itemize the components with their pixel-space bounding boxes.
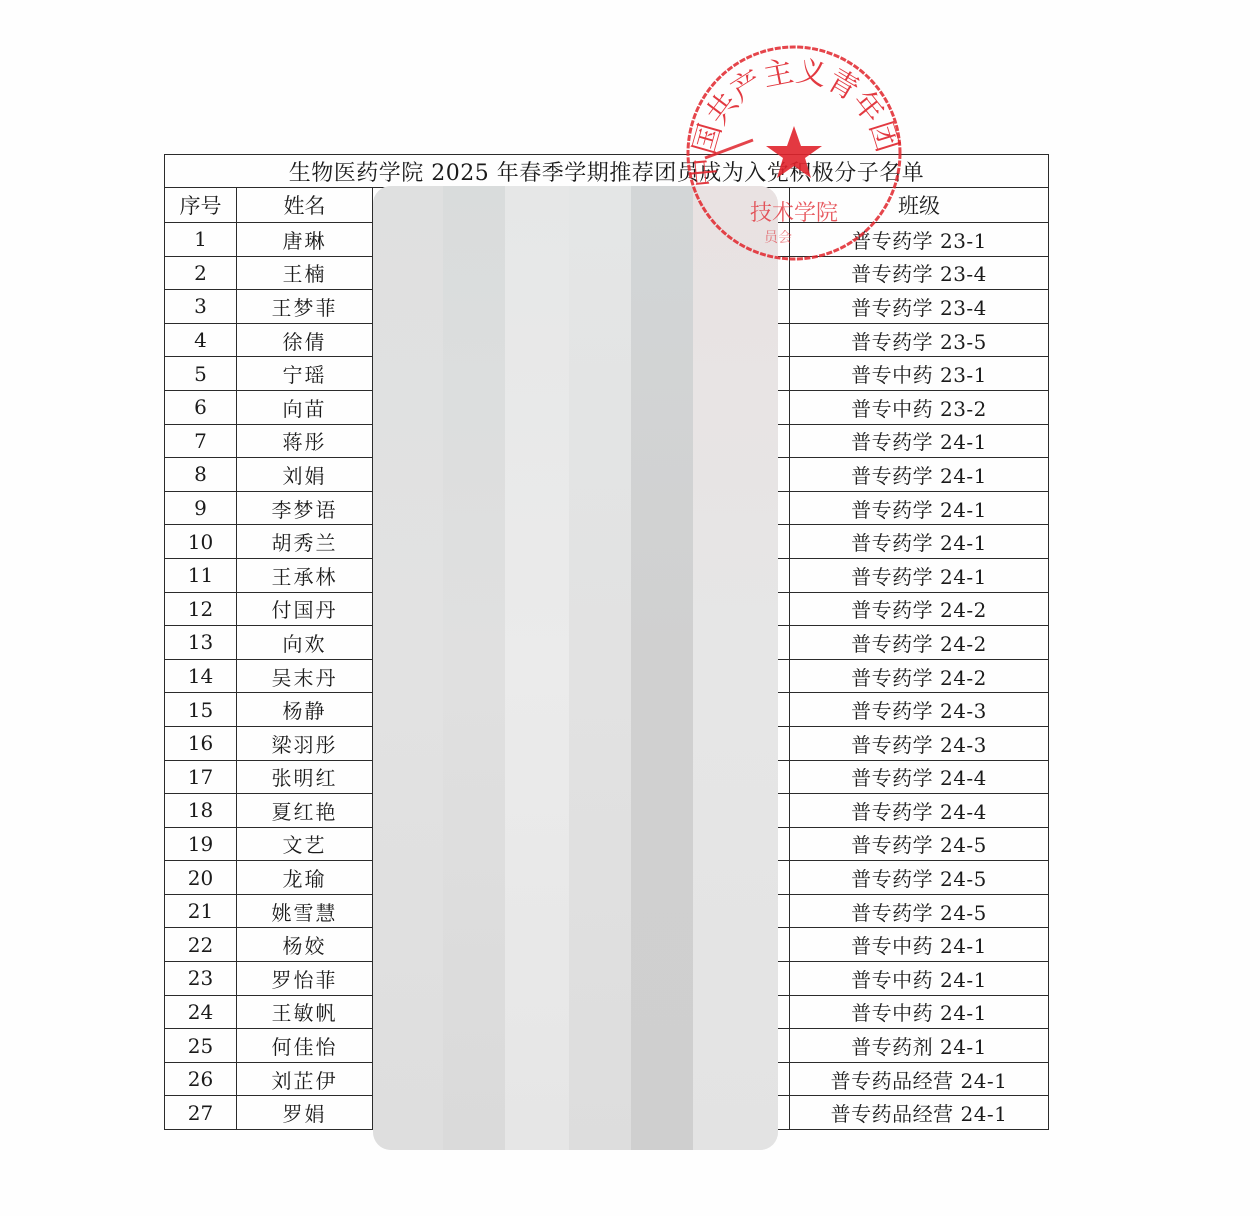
- row-class: 普专药学 24-1: [790, 458, 1049, 492]
- row-name: 唐琳: [237, 223, 373, 257]
- document-title: 生物医药学院 2025 年春季学期推荐团员成为入党积极分子名单: [165, 155, 1049, 188]
- row-index: 27: [165, 1096, 237, 1130]
- row-index: 13: [165, 626, 237, 660]
- row-class: 普专药学 24-4: [790, 794, 1049, 828]
- row-index: 12: [165, 592, 237, 626]
- row-name: 刘芷伊: [237, 1062, 373, 1096]
- row-class: 普专中药 24-1: [790, 995, 1049, 1029]
- row-index: 5: [165, 357, 237, 391]
- row-name: 龙瑜: [237, 861, 373, 895]
- row-index: 7: [165, 424, 237, 458]
- row-name: 夏红艳: [237, 794, 373, 828]
- row-index: 8: [165, 458, 237, 492]
- row-name: 杨静: [237, 693, 373, 727]
- row-index: 9: [165, 491, 237, 525]
- row-class: 普专药品经营 24-1: [790, 1062, 1049, 1096]
- row-index: 4: [165, 323, 237, 357]
- row-index: 18: [165, 794, 237, 828]
- row-class: 普专药剂 24-1: [790, 1029, 1049, 1063]
- row-class: 普专药学 24-5: [790, 894, 1049, 928]
- row-index: 16: [165, 726, 237, 760]
- row-index: 11: [165, 558, 237, 592]
- row-index: 21: [165, 894, 237, 928]
- row-index: 1: [165, 223, 237, 257]
- row-class: 普专中药 24-1: [790, 962, 1049, 996]
- row-class: 普专药学 24-1: [790, 491, 1049, 525]
- header-name: 姓名: [237, 188, 373, 223]
- title-row: 生物医药学院 2025 年春季学期推荐团员成为入党积极分子名单: [165, 155, 1049, 188]
- row-index: 20: [165, 861, 237, 895]
- row-name: 李梦语: [237, 491, 373, 525]
- header-class: 班级: [790, 188, 1049, 223]
- row-name: 吴末丹: [237, 659, 373, 693]
- row-index: 26: [165, 1062, 237, 1096]
- privacy-mosaic-blur: [373, 186, 778, 1150]
- row-index: 10: [165, 525, 237, 559]
- row-name: 徐倩: [237, 323, 373, 357]
- row-class: 普专中药 23-2: [790, 390, 1049, 424]
- row-class: 普专药学 23-4: [790, 290, 1049, 324]
- row-name: 文艺: [237, 827, 373, 861]
- row-name: 刘娟: [237, 458, 373, 492]
- row-class: 普专药学 24-3: [790, 726, 1049, 760]
- row-class: 普专药学 24-1: [790, 525, 1049, 559]
- row-name: 向欢: [237, 626, 373, 660]
- row-name: 王楠: [237, 256, 373, 290]
- row-name: 蒋彤: [237, 424, 373, 458]
- row-class: 普专药学 24-5: [790, 827, 1049, 861]
- row-name: 王敏帆: [237, 995, 373, 1029]
- row-name: 罗娟: [237, 1096, 373, 1130]
- row-name: 梁羽彤: [237, 726, 373, 760]
- row-class: 普专药学 24-4: [790, 760, 1049, 794]
- row-index: 19: [165, 827, 237, 861]
- row-name: 胡秀兰: [237, 525, 373, 559]
- row-name: 姚雪慧: [237, 894, 373, 928]
- row-class: 普专药学 24-2: [790, 626, 1049, 660]
- row-index: 23: [165, 962, 237, 996]
- row-name: 何佳怡: [237, 1029, 373, 1063]
- row-index: 24: [165, 995, 237, 1029]
- row-class: 普专药学 23-4: [790, 256, 1049, 290]
- row-name: 付国丹: [237, 592, 373, 626]
- row-class: 普专药学 24-3: [790, 693, 1049, 727]
- row-name: 杨姣: [237, 928, 373, 962]
- row-name: 张明红: [237, 760, 373, 794]
- row-class: 普专药学 23-1: [790, 223, 1049, 257]
- row-index: 6: [165, 390, 237, 424]
- row-name: 向苗: [237, 390, 373, 424]
- row-class: 普专药品经营 24-1: [790, 1096, 1049, 1130]
- row-index: 25: [165, 1029, 237, 1063]
- row-class: 普专药学 24-5: [790, 861, 1049, 895]
- row-index: 17: [165, 760, 237, 794]
- row-class: 普专药学 24-1: [790, 424, 1049, 458]
- row-class: 普专药学 24-2: [790, 659, 1049, 693]
- row-index: 14: [165, 659, 237, 693]
- row-class: 普专中药 24-1: [790, 928, 1049, 962]
- row-name: 罗怡菲: [237, 962, 373, 996]
- row-index: 22: [165, 928, 237, 962]
- header-index: 序号: [165, 188, 237, 223]
- row-index: 3: [165, 290, 237, 324]
- row-index: 2: [165, 256, 237, 290]
- row-name: 王承林: [237, 558, 373, 592]
- row-class: 普专药学 23-5: [790, 323, 1049, 357]
- scanned-page: 生物医药学院 2025 年春季学期推荐团员成为入党积极分子名单 序号 姓名 班级…: [0, 0, 1260, 1216]
- row-class: 普专药学 24-1: [790, 558, 1049, 592]
- row-class: 普专中药 23-1: [790, 357, 1049, 391]
- row-class: 普专药学 24-2: [790, 592, 1049, 626]
- row-name: 宁瑶: [237, 357, 373, 391]
- row-name: 王梦菲: [237, 290, 373, 324]
- row-index: 15: [165, 693, 237, 727]
